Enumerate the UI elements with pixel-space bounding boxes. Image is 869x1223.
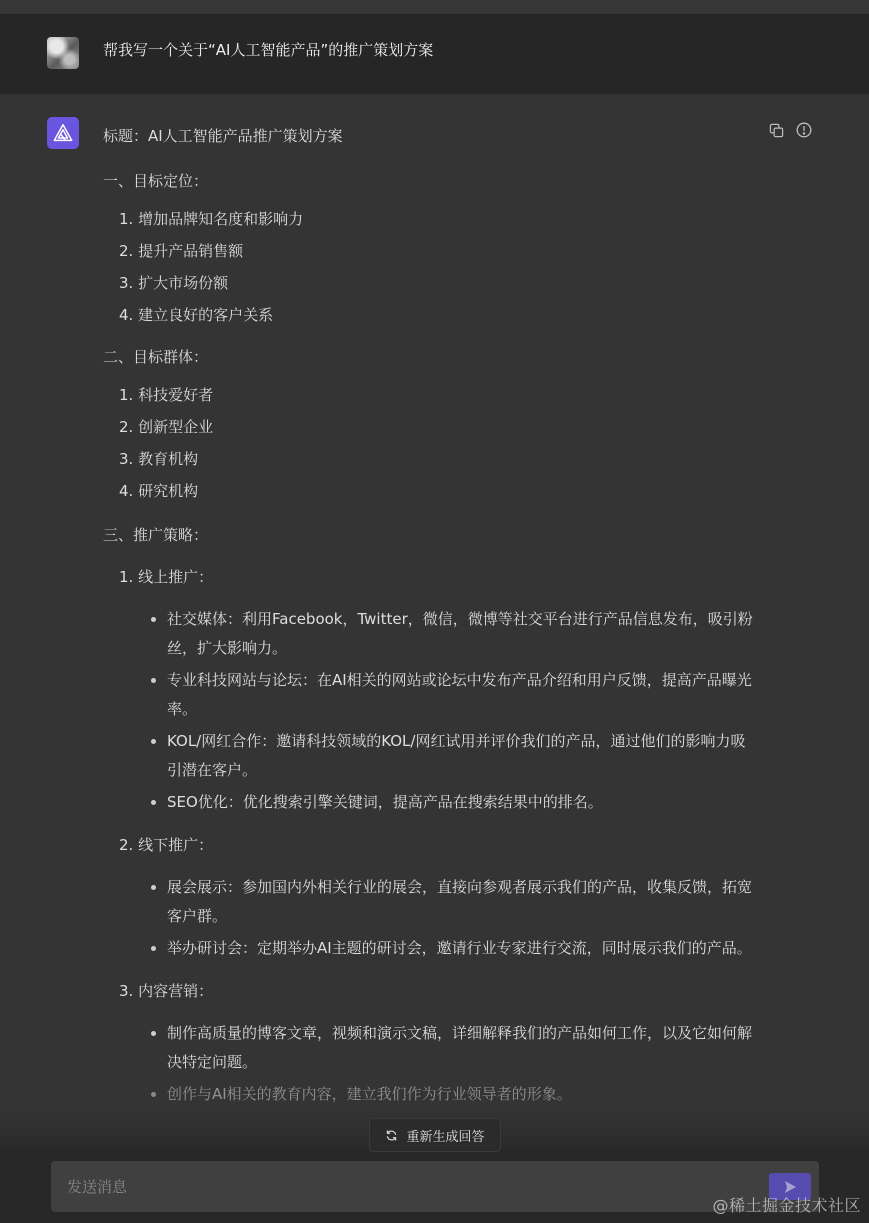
response-title: 标题：AI人工智能产品推广策划方案 — [103, 122, 753, 150]
bullet-item: SEO优化：优化搜索引擎关键词，提高产品在搜索结果中的排名。 — [149, 788, 753, 817]
list-item: 4. 研究机构 — [103, 477, 753, 509]
list-item: 2. 创新型企业 — [103, 413, 753, 445]
bullet-item: 创作与AI相关的教育内容，建立我们作为行业领导者的形象。 — [149, 1080, 753, 1109]
regenerate-label: 重新生成回答 — [406, 1126, 484, 1145]
section-heading: 二、目标群体： — [103, 343, 753, 371]
user-avatar — [47, 37, 79, 69]
user-message-text: 帮我写一个关于“AI人工智能产品”的推广策划方案 — [103, 40, 433, 60]
ordered-list: 1. 科技爱好者 2. 创新型企业 3. 教育机构 4. 研究机构 — [103, 381, 753, 509]
assistant-avatar — [47, 117, 79, 149]
report-button[interactable] — [795, 121, 813, 139]
bullet-list: 展会展示：参加国内外相关行业的展会，直接向参观者展示我们的产品，收集反馈，拓宽客… — [103, 873, 753, 963]
watermark: @稀土掘金技术社区 — [712, 1193, 861, 1216]
copy-icon — [769, 123, 784, 138]
list-item: 3. 教育机构 — [103, 445, 753, 477]
list-item: 1. 科技爱好者 — [103, 381, 753, 413]
bullet-item: 专业科技网站与论坛：在AI相关的网站或论坛中发布产品介绍和用户反馈，提高产品曝光… — [149, 666, 753, 724]
bullet-item: 社交媒体：利用Facebook，Twitter，微信，微博等社交平台进行产品信息… — [149, 605, 753, 663]
list-item: 4. 建立良好的客户关系 — [103, 301, 753, 333]
window-top-strip — [0, 0, 869, 14]
bullet-list: 社交媒体：利用Facebook，Twitter，微信，微博等社交平台进行产品信息… — [103, 605, 753, 817]
bullet-item: 制作高质量的博客文章，视频和演示文稿，详细解释我们的产品如何工作，以及它如何解决… — [149, 1019, 753, 1077]
bullet-item: 展会展示：参加国内外相关行业的展会，直接向参观者展示我们的产品，收集反馈，拓宽客… — [149, 873, 753, 931]
refresh-icon — [385, 1129, 398, 1142]
list-item: 1. 增加品牌知名度和影响力 — [103, 205, 753, 237]
alert-circle-icon — [796, 122, 812, 138]
list-item: 3. 扩大市场份额 — [103, 269, 753, 301]
ai-logo-icon — [52, 122, 74, 144]
assistant-message-content: 标题：AI人工智能产品推广策划方案 一、目标定位： 1. 增加品牌知名度和影响力… — [103, 122, 753, 1112]
regenerate-button[interactable]: 重新生成回答 — [369, 1118, 501, 1152]
section-heading: 三、推广策略： — [103, 521, 753, 549]
message-composer — [51, 1161, 819, 1212]
copy-button[interactable] — [767, 121, 785, 139]
bullet-item: KOL/网红合作：邀请科技领域的KOL/网红试用并评价我们的产品，通过他们的影响… — [149, 727, 753, 785]
bullet-item: 举办研讨会：定期举办AI主题的研讨会，邀请行业专家进行交流，同时展示我们的产品。 — [149, 934, 753, 963]
subsection-label: 2. 线下推广： — [103, 831, 753, 859]
message-actions — [767, 121, 813, 139]
message-input[interactable] — [51, 1161, 751, 1212]
list-item: 2. 提升产品销售额 — [103, 237, 753, 269]
ordered-list: 1. 增加品牌知名度和影响力 2. 提升产品销售额 3. 扩大市场份额 4. 建… — [103, 205, 753, 333]
subsection-label: 1. 线上推广： — [103, 563, 753, 591]
user-message-row: 帮我写一个关于“AI人工智能产品”的推广策划方案 — [0, 14, 869, 94]
subsection-label: 3. 内容营销： — [103, 977, 753, 1005]
bullet-list: 制作高质量的博客文章，视频和演示文稿，详细解释我们的产品如何工作，以及它如何解决… — [103, 1019, 753, 1109]
assistant-message-row: 标题：AI人工智能产品推广策划方案 一、目标定位： 1. 增加品牌知名度和影响力… — [0, 94, 869, 1223]
section-heading: 一、目标定位： — [103, 167, 753, 195]
